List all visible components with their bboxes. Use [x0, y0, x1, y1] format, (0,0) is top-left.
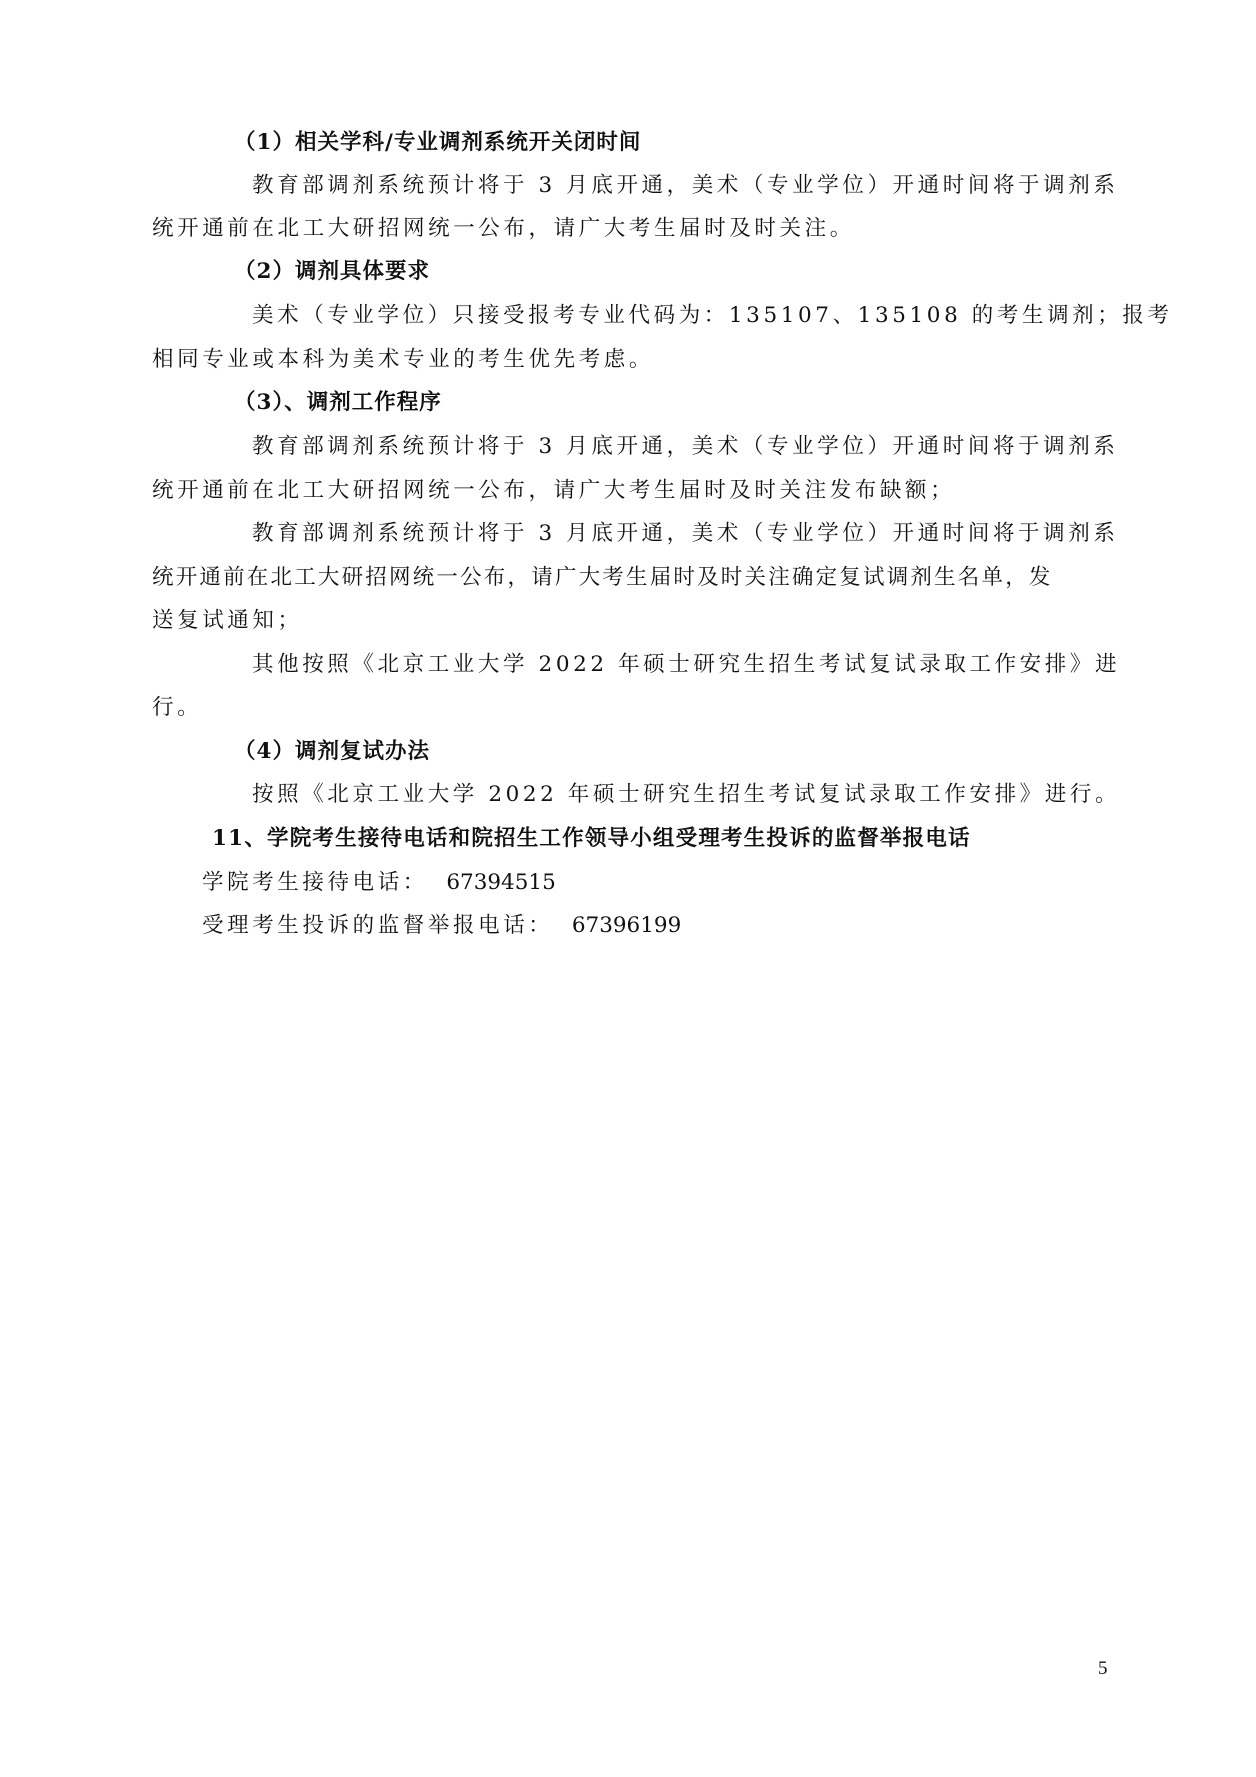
contact-reception-phone: 学院考生接待电话： 67394515: [202, 868, 1162, 898]
paragraph-line: 送复试通知；: [152, 606, 1112, 636]
contact-value: 67396199: [572, 913, 681, 938]
paragraph-line: 教育部调剂系统预计将于 3 月底开通，美术（专业学位）开通时间将于调剂系: [252, 519, 1212, 549]
paragraph-line: 教育部调剂系统预计将于 3 月底开通，美术（专业学位）开通时间将于调剂系: [252, 432, 1212, 462]
document-page: （1）相关学科/专业调剂系统开关闭时间 教育部调剂系统预计将于 3 月底开通，美…: [0, 0, 1256, 1777]
paragraph-line: 行。: [152, 693, 1112, 723]
page-number: 5: [1098, 1658, 1108, 1680]
paragraph-line: 美术（专业学位）只接受报考专业代码为：135107、135108 的考生调剂；报…: [252, 301, 1212, 331]
section-heading-2: （2）调剂具体要求: [234, 257, 1194, 287]
paragraph-line: 按照《北京工业大学 2022 年硕士研究生招生考试复试录取工作安排》进行。: [252, 780, 1212, 810]
paragraph-line: 统开通前在北工大研招网统一公布，请广大考生届时及时关注发布缺额；: [152, 476, 1112, 506]
contact-complaint-phone: 受理考生投诉的监督举报电话： 67396199: [202, 911, 1162, 941]
section-heading-1: （1）相关学科/专业调剂系统开关闭时间: [234, 128, 1194, 158]
section-heading-3: （3）、调剂工作程序: [234, 388, 1194, 418]
paragraph-line: 其他按照《北京工业大学 2022 年硕士研究生招生考试复试录取工作安排》进: [252, 650, 1212, 680]
paragraph-line: 教育部调剂系统预计将于 3 月底开通，美术（专业学位）开通时间将于调剂系: [252, 171, 1212, 201]
paragraph-line: 统开通前在北工大研招网统一公布，请广大考生届时及时关注确定复试调剂生名单，发: [152, 563, 1112, 593]
contact-value: 67394515: [446, 870, 555, 895]
contact-label: 学院考生接待电话：: [202, 870, 428, 895]
section-heading-11: 11、学院考生接待电话和院招生工作领导小组受理考生投诉的监督举报电话: [212, 824, 1172, 854]
paragraph-line: 统开通前在北工大研招网统一公布，请广大考生届时及时关注。: [152, 214, 1112, 244]
paragraph-line: 相同专业或本科为美术专业的考生优先考虑。: [152, 345, 1112, 375]
section-heading-4: （4）调剂复试办法: [234, 737, 1194, 767]
contact-label: 受理考生投诉的监督举报电话：: [202, 913, 553, 938]
